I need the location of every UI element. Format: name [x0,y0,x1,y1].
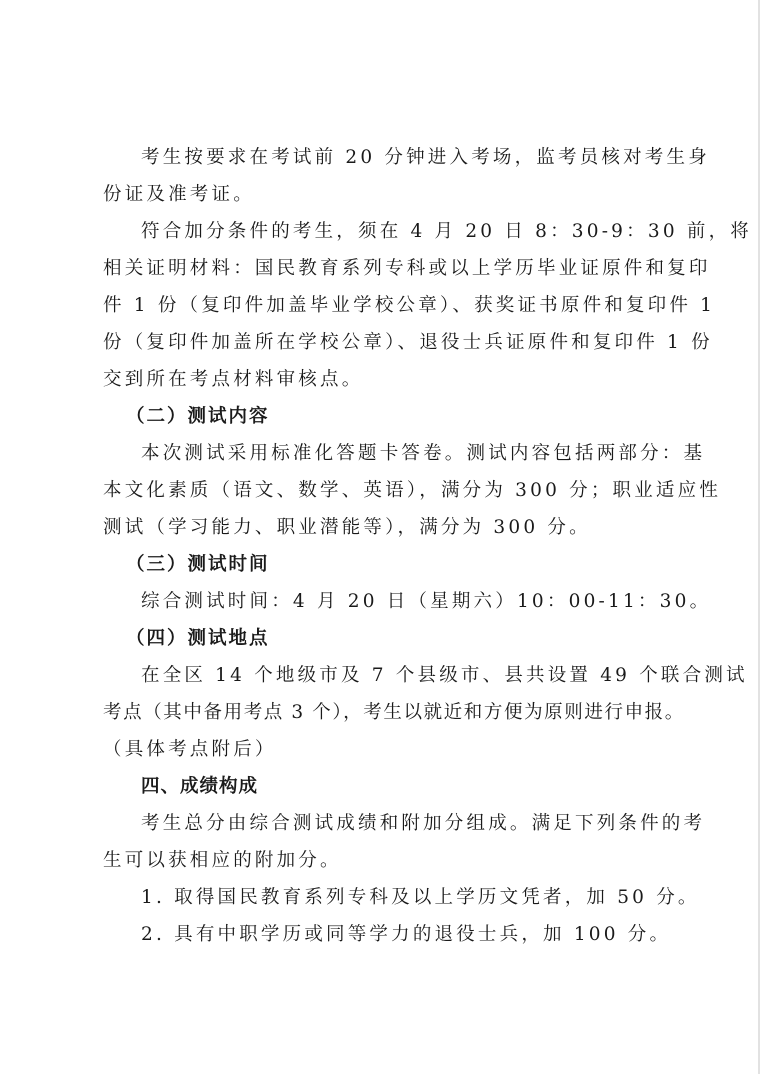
paragraph-test-location-line-1: 在全区 14 个地级市及 7 个县级市、县共设置 49 个联合测试 [141,664,663,688]
document-page: 考生按要求在考试前 20 分钟进入考场，监考员核对考生身 份证及准考证。 符合加… [0,0,760,1074]
paragraph-test-content-line-1: 本次测试采用标准化答题卡答卷。测试内容包括两部分：基 [141,442,663,466]
paragraph-bonus-materials-line-4: 份（复印件加盖所在学校公章）、退役士兵证原件和复印件 1 份 [103,331,663,355]
paragraph-test-content-line-3: 测试（学习能力、职业潜能等），满分为 300 分。 [103,516,663,540]
paragraph-test-content-line-2: 本文化素质（语文、数学、英语），满分为 300 分；职业适应性 [103,479,663,503]
paragraph-score-composition-line-2: 生可以获相应的附加分。 [103,849,663,873]
paragraph-test-location-line-2: 考点（其中备用考点 3 个），考生以就近和方便为原则进行申报。 [103,701,663,725]
paragraph-bonus-materials-line-5: 交到所在考点材料审核点。 [103,368,663,392]
subheading-test-time: （三）测试时间 [126,553,686,577]
subheading-test-location: （四）测试地点 [126,627,686,651]
heading-score-composition: 四、成绩构成 [141,775,701,799]
paragraph-score-composition-line-1: 考生总分由综合测试成绩和附加分组成。满足下列条件的考 [141,812,663,836]
paragraph-bonus-materials-line-2: 相关证明材料：国民教育系列专科或以上学历毕业证原件和复印 [103,257,663,281]
paragraph-test-location-line-3: （具体考点附后） [103,738,663,762]
paragraph-exam-entry-line-2: 份证及准考证。 [103,183,663,207]
list-item-bonus-2: 2. 具有中职学历或同等学力的退役士兵，加 100 分。 [141,923,663,947]
paragraph-exam-entry-line-1: 考生按要求在考试前 20 分钟进入考场，监考员核对考生身 [141,146,663,170]
paragraph-bonus-materials-line-3: 件 1 份（复印件加盖毕业学校公章）、获奖证书原件和复印件 1 [103,294,663,318]
paragraph-test-time-line-1: 综合测试时间：4 月 20 日（星期六）10：00-11：30。 [141,590,663,614]
list-item-bonus-1: 1. 取得国民教育系列专科及以上学历文凭者，加 50 分。 [141,886,663,910]
paragraph-bonus-materials-line-1: 符合加分条件的考生，须在 4 月 20 日 8：30-9：30 前，将 [141,220,663,244]
subheading-test-content: （二）测试内容 [126,405,686,429]
